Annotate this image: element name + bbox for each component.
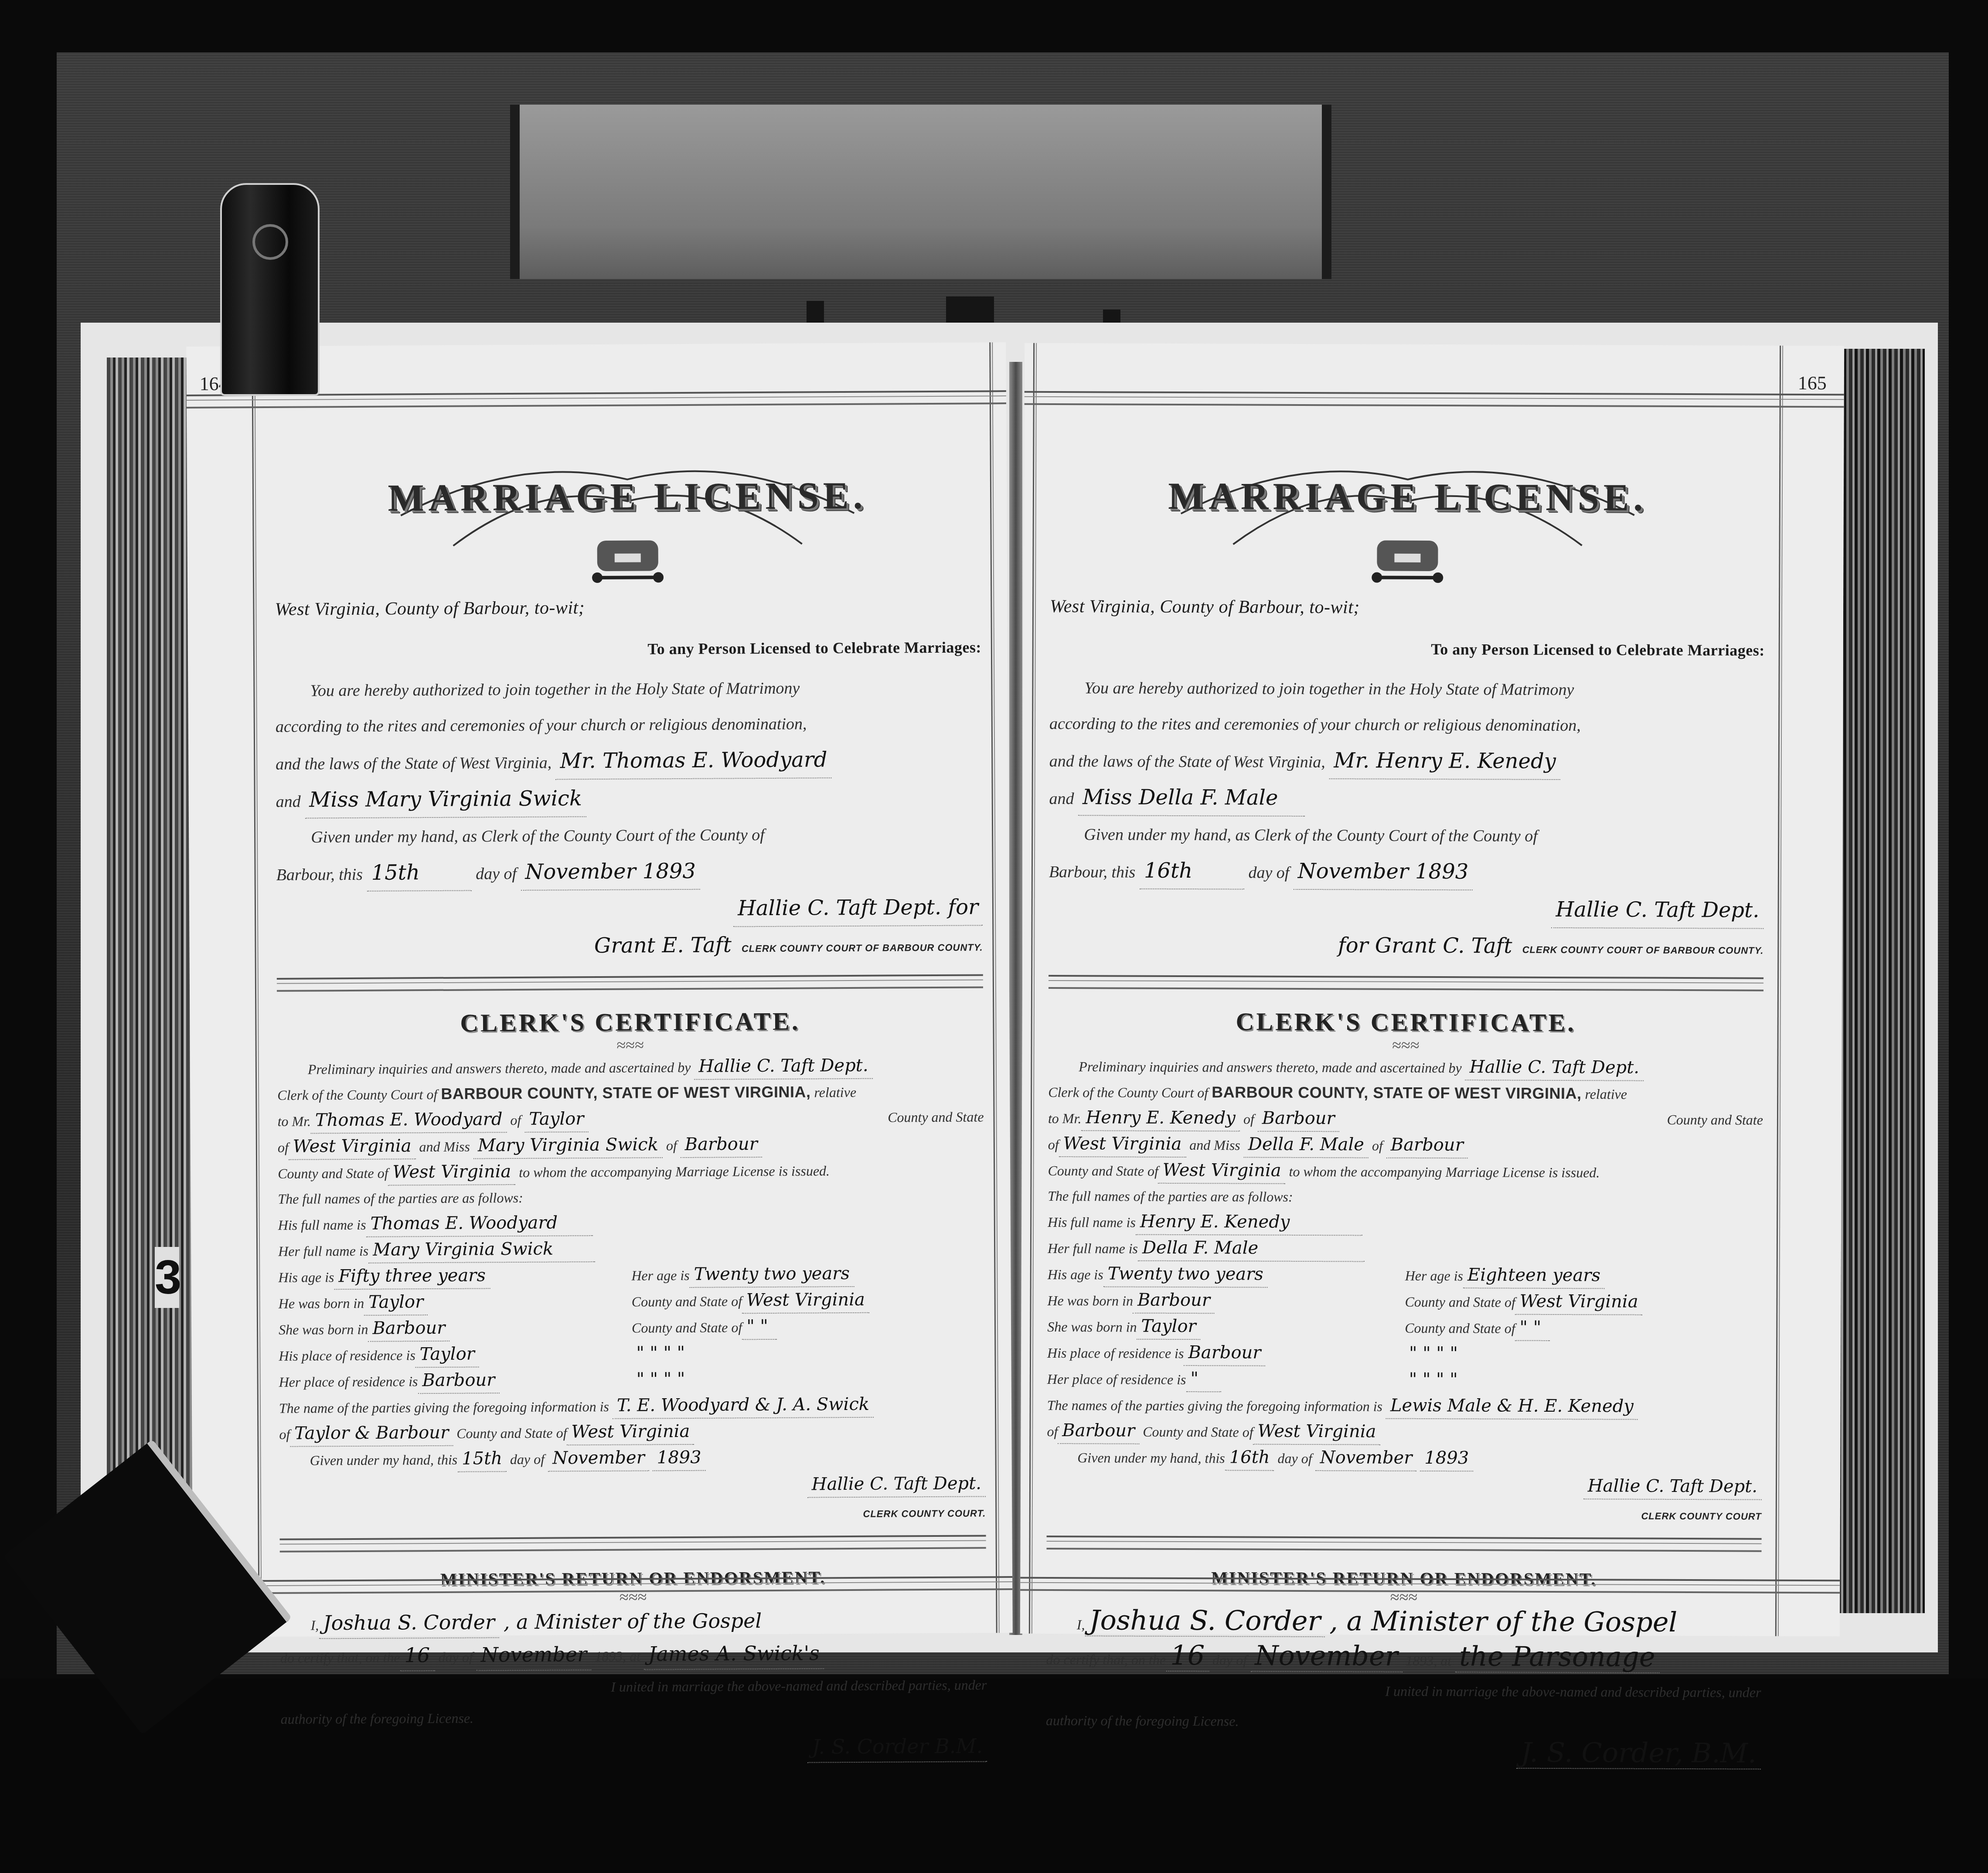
margin-rule bbox=[1775, 346, 1783, 1636]
given-under-line: Given under my hand, as Clerk of the Cou… bbox=[276, 816, 982, 855]
his-age-field: Twenty two years bbox=[1103, 1261, 1268, 1287]
board-plate bbox=[510, 105, 1331, 279]
cert-day-field: 16th bbox=[1225, 1444, 1274, 1471]
cert-signature: Hallie C. Taft Dept. bbox=[1583, 1473, 1762, 1500]
authority-text: authority of the foregoing License. bbox=[281, 1700, 987, 1734]
groom-state-field: West Virginia bbox=[289, 1133, 416, 1160]
authorize-line-2: according to the rites and ceremonies of… bbox=[276, 705, 982, 744]
clerks-certificate-body: Preliminary inquiries and answers theret… bbox=[277, 1052, 986, 1529]
section-rule bbox=[1047, 1536, 1762, 1552]
book-clamp-top-icon bbox=[220, 183, 320, 396]
given-under-line: Given under my hand, as Clerk of the Cou… bbox=[1049, 817, 1764, 855]
section-rule bbox=[280, 1535, 986, 1552]
ceremony-month-field: November bbox=[1250, 1641, 1402, 1672]
minister-signature: J. S. Corder B.M. bbox=[807, 1730, 987, 1763]
ceremony-place-field: the Parsonage bbox=[1455, 1641, 1659, 1673]
ministers-return-body: I,Joshua S. Corder, a Minister of the Go… bbox=[1046, 1605, 1761, 1771]
volume-tab: 3 bbox=[155, 1247, 179, 1308]
license-month-year-field: November 1893 bbox=[1294, 853, 1473, 890]
state-county-heading: West Virginia, County of Barbour, to-wit… bbox=[275, 595, 981, 620]
groom-name-field: Mr. Henry E. Kenedy bbox=[1329, 742, 1560, 780]
margin-rule bbox=[1029, 343, 1037, 1634]
his-residence-field: Barbour bbox=[1184, 1340, 1265, 1366]
cert-year-field: 1893 bbox=[1420, 1445, 1473, 1471]
clerks-certificate-title: CLERK'S CERTIFICATE. bbox=[1048, 1006, 1763, 1038]
groom-county-field: Barbour bbox=[1258, 1106, 1339, 1132]
given-date-line: Barbour, this 16th day of November 1893 bbox=[1049, 852, 1764, 892]
bride-county-field: Barbour bbox=[1386, 1132, 1468, 1159]
informant-county-field: Taylor & Barbour bbox=[290, 1420, 453, 1447]
minister-name-field: Joshua S. Corder bbox=[319, 1607, 499, 1639]
ceremony-day-field: 16 bbox=[1166, 1640, 1209, 1672]
informant-state-field: West Virginia bbox=[1253, 1419, 1380, 1445]
groom-name-field: Mr. Thomas E. Woodyard bbox=[556, 742, 832, 780]
cert-month-field: November bbox=[1316, 1445, 1417, 1471]
license-month-year-field: November 1893 bbox=[521, 853, 700, 891]
her-full-name-field: Mary Virginia Swick bbox=[368, 1236, 595, 1263]
salutation: To any Person Licensed to Celebrate Marr… bbox=[1050, 639, 1765, 660]
authorize-line-1: You are hereby authorized to join togeth… bbox=[275, 669, 981, 708]
her-age-field: Twenty two years bbox=[690, 1261, 854, 1288]
page-164: 164 MARRIAGE LICENSE. West Virginia, Cou… bbox=[186, 342, 1012, 1637]
margin-rule bbox=[252, 346, 262, 1637]
bride-line: and Miss Mary Virginia Swick bbox=[276, 778, 982, 819]
footer-rule bbox=[1020, 1577, 1840, 1594]
he-born-state-field: West Virginia bbox=[1515, 1289, 1643, 1315]
clerk-signature-block: Hallie C. Taft Dept. for Grant E. Taft C… bbox=[276, 889, 983, 969]
groom-name-field: Thomas E. Woodyard bbox=[311, 1107, 507, 1134]
minister-signature: J. S. Corder, B.M. bbox=[1516, 1737, 1761, 1770]
she-born-field: Barbour bbox=[368, 1315, 449, 1342]
his-age-field: Fifty three years bbox=[334, 1263, 490, 1290]
clerk-signature-line2: Grant E. Taft bbox=[590, 927, 736, 964]
cert-year-field: 1893 bbox=[653, 1445, 706, 1471]
wave-flourish-icon: ≈≈≈ bbox=[1048, 1035, 1763, 1056]
clerks-certificate-title: CLERK'S CERTIFICATE. bbox=[277, 1005, 983, 1038]
authority-text: authority of the foregoing License. bbox=[1046, 1705, 1761, 1738]
ceremony-place-field: James A. Swick's bbox=[644, 1638, 824, 1670]
authorize-line-2: according to the rites and ceremonies of… bbox=[1049, 706, 1764, 744]
ministers-return-body: I,Joshua S. Corder, a Minister of the Go… bbox=[280, 1604, 987, 1765]
her-full-name-field: Della F. Male bbox=[1138, 1235, 1365, 1262]
clamp-hole bbox=[252, 224, 288, 260]
she-born-state-field: " " bbox=[1515, 1315, 1550, 1341]
clasped-hands-emblem-icon bbox=[1368, 536, 1447, 589]
bride-name-field: Mary Virginia Swick bbox=[473, 1132, 663, 1159]
bride-state-field: West Virginia bbox=[388, 1159, 515, 1186]
groom-state-field: West Virginia bbox=[1059, 1131, 1186, 1158]
he-born-field: Taylor bbox=[364, 1289, 428, 1316]
bride-name-field: Miss Della F. Male bbox=[1078, 779, 1305, 817]
clerk-signature: Hallie C. Taft Dept. bbox=[1551, 892, 1763, 929]
his-full-name-field: Thomas E. Woodyard bbox=[366, 1210, 592, 1237]
he-born-field: Barbour bbox=[1133, 1287, 1215, 1314]
page-edges-right bbox=[1838, 349, 1925, 1613]
full-names-label: The full names of the parties are as fol… bbox=[278, 1182, 984, 1211]
he-born-state-field: West Virginia bbox=[742, 1287, 869, 1314]
margin-rule bbox=[989, 342, 999, 1633]
informant-county-field: Barbour bbox=[1058, 1418, 1139, 1444]
her-age-field: Eighteen years bbox=[1463, 1262, 1605, 1289]
cert-signature: Hallie C. Taft Dept. bbox=[807, 1471, 986, 1498]
full-names-label: The full names of the parties are as fol… bbox=[1048, 1183, 1763, 1211]
his-residence-field: Taylor bbox=[415, 1341, 479, 1368]
authorize-line-1: You are hereby authorized to join togeth… bbox=[1049, 670, 1764, 708]
clerk-signature-line2: for Grant C. Taft bbox=[1334, 927, 1517, 964]
groom-name-field: Henry E. Kenedy bbox=[1081, 1105, 1240, 1131]
bride-name-field: Della F. Male bbox=[1244, 1131, 1368, 1158]
given-date-line: Barbour, this 15th day of November 1893 bbox=[276, 851, 982, 892]
her-residence-field: Barbour bbox=[418, 1367, 499, 1394]
ditto-marks: " " " " bbox=[632, 1340, 689, 1366]
his-full-name-field: Henry E. Kenedy bbox=[1136, 1209, 1362, 1236]
salutation: To any Person Licensed to Celebrate Marr… bbox=[275, 638, 981, 660]
bride-name-field: Miss Mary Virginia Swick bbox=[305, 780, 586, 818]
state-county-heading: West Virginia, County of Barbour, to-wit… bbox=[1050, 596, 1765, 620]
signature-caption: CLERK COUNTY COURT OF BARBOUR COUNTY. bbox=[1522, 944, 1764, 956]
minister-name-field: Joshua S. Corder bbox=[1085, 1605, 1325, 1637]
page-edges-left bbox=[107, 358, 194, 1613]
cert-month-field: November bbox=[548, 1445, 649, 1471]
license-day-field: 15th bbox=[367, 855, 471, 892]
authorize-line-3: and the laws of the State of West Virgin… bbox=[276, 741, 982, 782]
marriage-license-title: MARRIAGE LICENSE. bbox=[1050, 456, 1765, 572]
ditto-marks: " " " " bbox=[632, 1366, 690, 1392]
signature-caption: CLERK COUNTY COURT OF BARBOUR COUNTY. bbox=[742, 942, 983, 954]
license-day-field: 16th bbox=[1140, 853, 1244, 890]
united-text: I united in marriage the above-named and… bbox=[280, 1669, 987, 1703]
clerk-signature-block: Hallie C. Taft Dept. for Grant C. Taft C… bbox=[1048, 890, 1764, 969]
ditto-marks: " " " " bbox=[1405, 1367, 1462, 1392]
her-residence-field: " bbox=[1186, 1366, 1221, 1392]
authorize-line-3: and the laws of the State of West Virgin… bbox=[1049, 742, 1764, 782]
she-born-state-field: " " bbox=[742, 1314, 777, 1340]
clasped-hands-emblem-icon bbox=[589, 536, 667, 589]
section-rule bbox=[277, 974, 983, 991]
ditto-marks: " " " " bbox=[1405, 1341, 1462, 1366]
she-born-field: Taylor bbox=[1137, 1314, 1201, 1340]
prelim-by-field: Hallie C. Taft Dept. bbox=[694, 1053, 873, 1080]
prelim-by-field: Hallie C. Taft Dept. bbox=[1465, 1054, 1644, 1081]
united-text: I united in marriage the above-named and… bbox=[1046, 1675, 1761, 1708]
bride-county-field: Barbour bbox=[681, 1131, 762, 1158]
informant-state-field: West Virginia bbox=[567, 1419, 694, 1446]
groom-county-field: Taylor bbox=[524, 1106, 588, 1133]
section-rule bbox=[1048, 975, 1763, 991]
marriage-license-title: MARRIAGE LICENSE. bbox=[274, 456, 981, 572]
clerk-signature: Hallie C. Taft Dept. for bbox=[733, 889, 983, 927]
open-register-book: 3 164 MARRIAGE LICENSE. West Virgin bbox=[81, 323, 1938, 1652]
informant-field: Lewis Male & H. E. Kenedy bbox=[1386, 1393, 1638, 1420]
ceremony-day-field: 16 bbox=[400, 1640, 435, 1671]
informant-field: T. E. Woodyard & J. A. Swick bbox=[613, 1392, 874, 1419]
bride-line: and Miss Della F. Male bbox=[1049, 779, 1764, 819]
clerks-certificate-body: Preliminary inquiries and answers theret… bbox=[1047, 1053, 1763, 1529]
license-form: MARRIAGE LICENSE. West Virginia, County … bbox=[274, 429, 987, 1765]
page-165: 165 MARRIAGE LICENSE. West Virginia, Cou… bbox=[1020, 343, 1844, 1637]
header-rule bbox=[1025, 391, 1844, 408]
ceremony-month-field: November bbox=[477, 1639, 592, 1671]
page-number: 165 bbox=[1798, 372, 1827, 394]
cert-day-field: 15th bbox=[457, 1446, 507, 1472]
license-form: MARRIAGE LICENSE. West Virginia, County … bbox=[1046, 430, 1766, 1771]
bride-state-field: West Virginia bbox=[1158, 1158, 1286, 1184]
